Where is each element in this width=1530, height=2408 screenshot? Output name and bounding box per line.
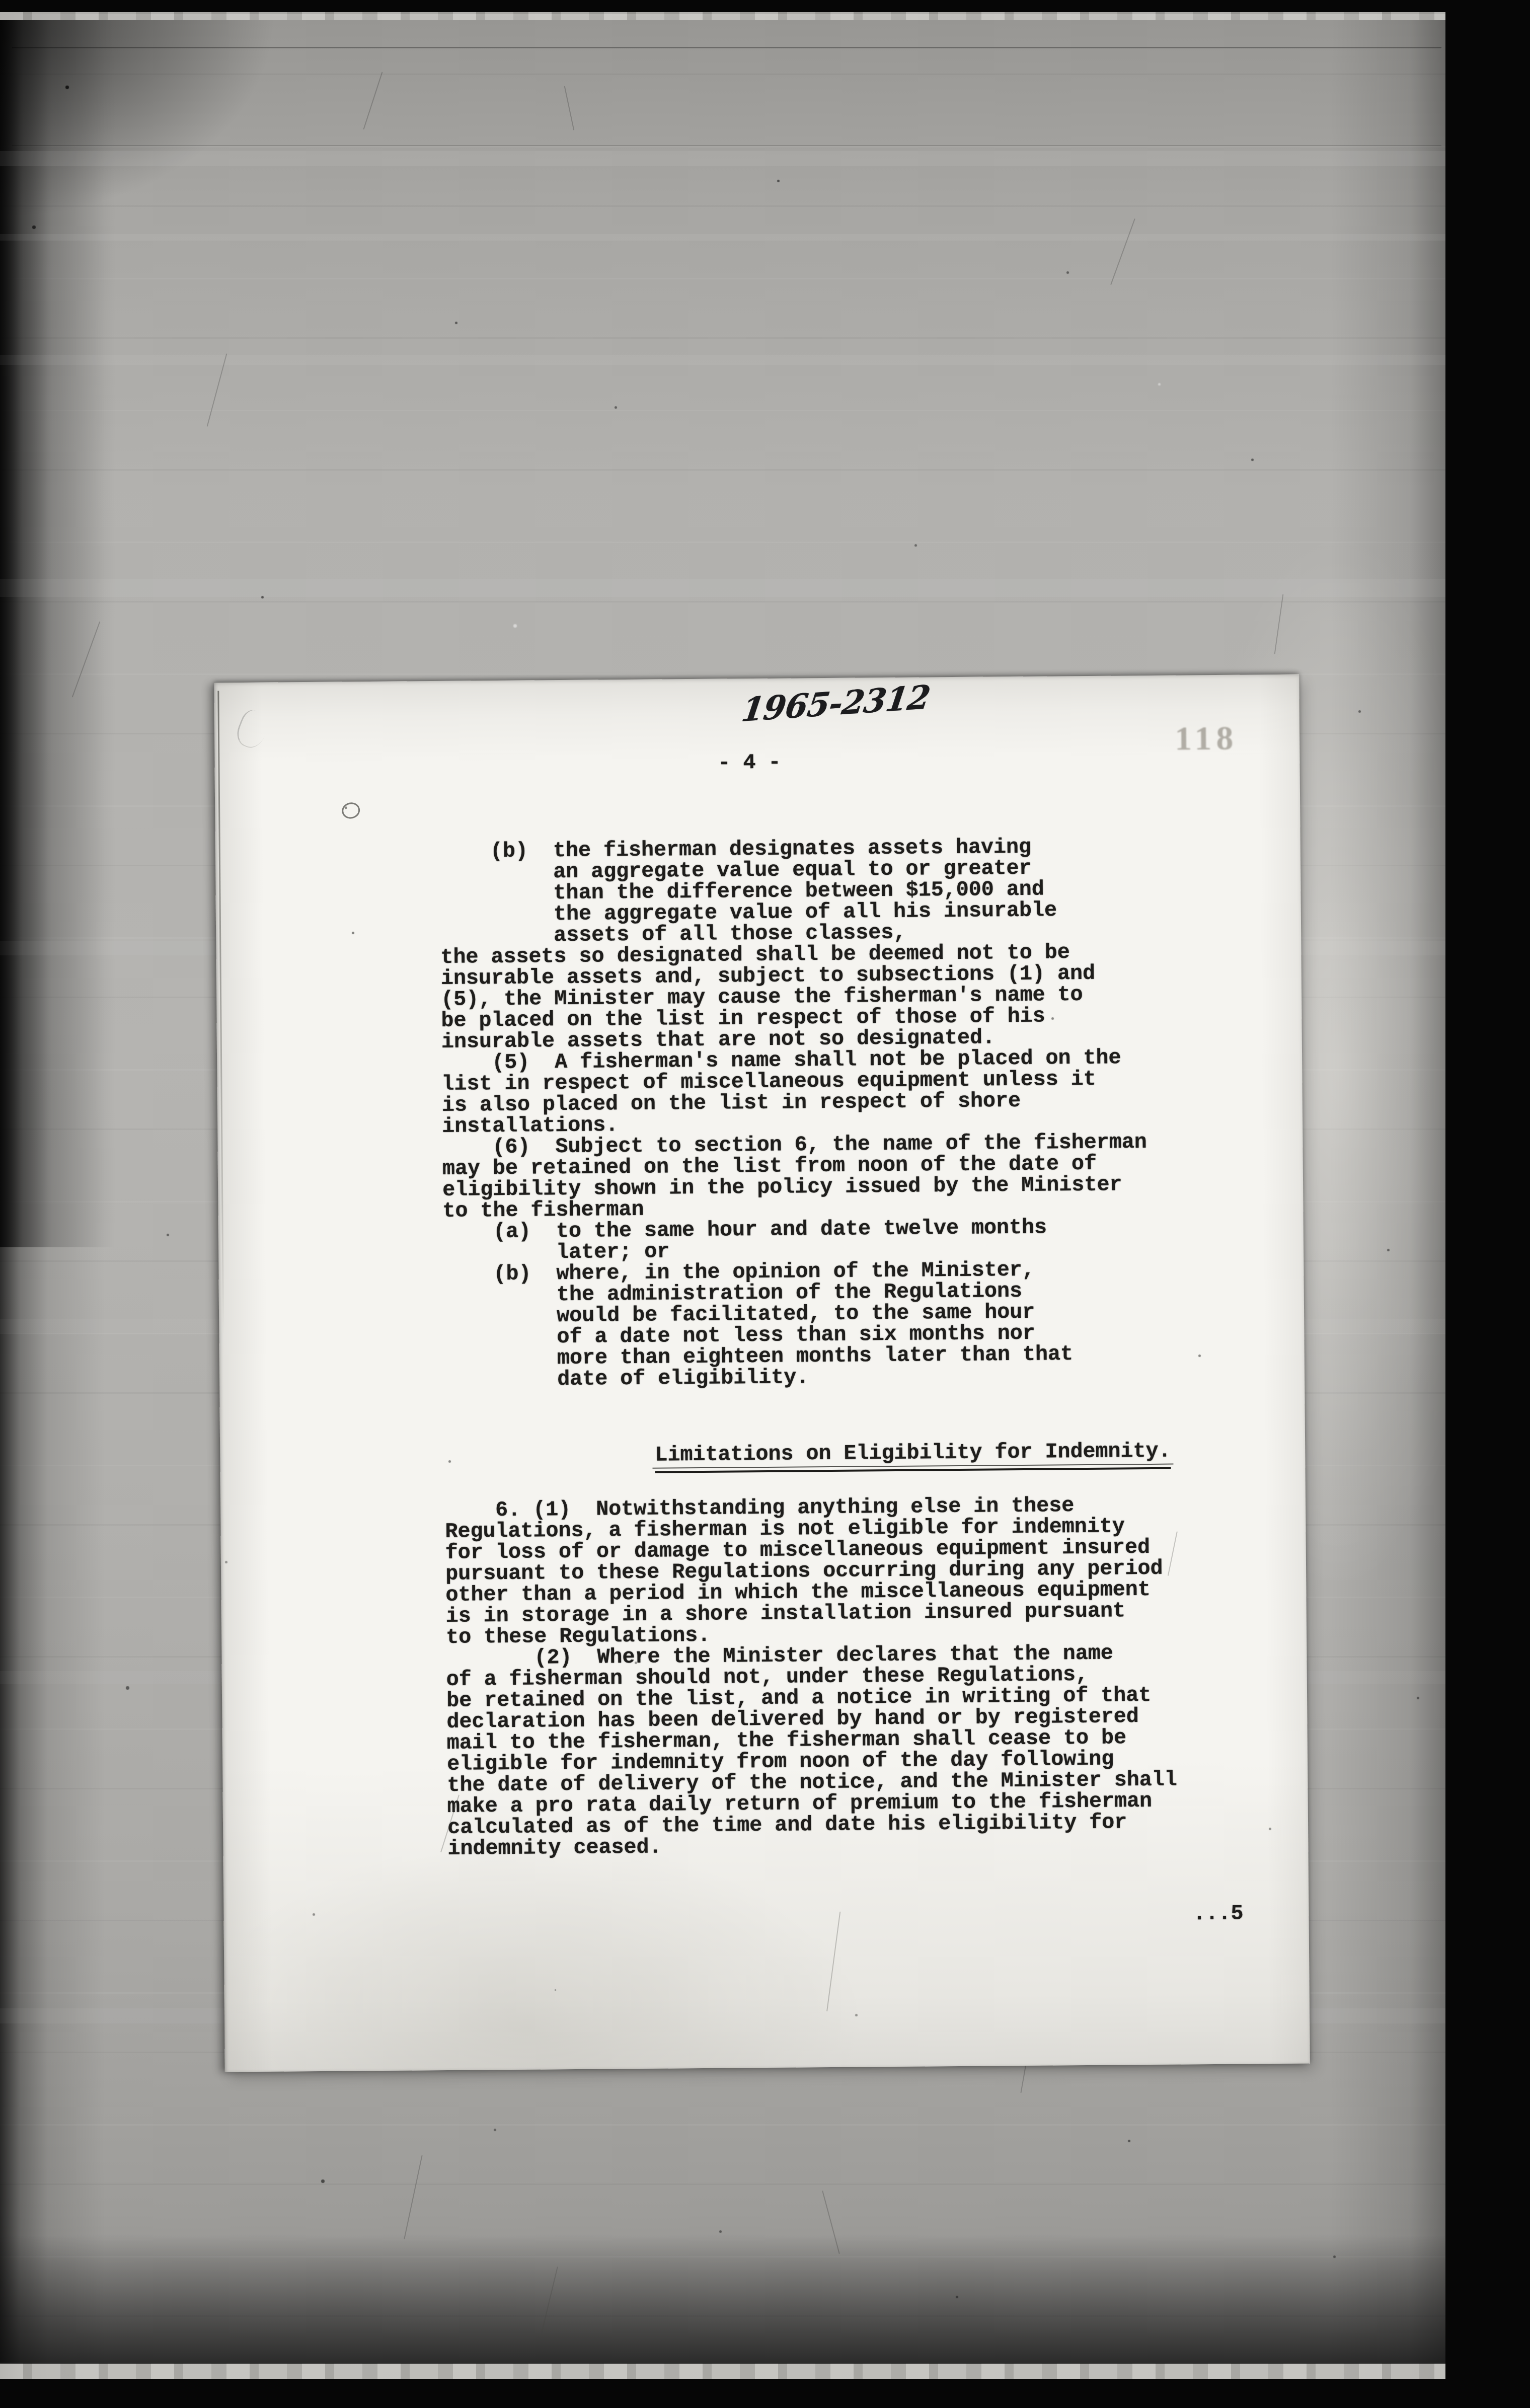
film-bottom-edge — [0, 2363, 1445, 2379]
paper-crease — [217, 691, 224, 1335]
film-scanline — [12, 145, 1441, 146]
section-heading: Limitations on Eligibility for Indemnity… — [579, 1419, 1171, 1495]
film-streak — [0, 234, 1445, 241]
pencil-smudge — [233, 707, 272, 751]
dust-speckles — [0, 0, 2, 2]
document-page: 1965-2312 118 - 4 - (b) the fisherman de… — [214, 674, 1310, 2072]
typed-paragraph-lower: 6. (1) Notwithstanding anything else in … — [445, 1494, 1178, 1859]
typed-line: eligibility shown in the policy issued b… — [442, 1174, 1147, 1200]
typed-line: is in storage in a shore installation in… — [446, 1600, 1176, 1627]
typed-line: (a) to the same hour and date twelve mon… — [443, 1216, 1148, 1243]
film-streak — [0, 151, 1445, 166]
microfilm-scan-frame: 1965-2312 118 - 4 - (b) the fisherman de… — [0, 0, 1530, 2408]
film-scanline — [12, 47, 1441, 48]
typed-line: date of eligibility. — [444, 1364, 1149, 1391]
scratch-mark — [826, 1912, 840, 2012]
typed-line: calculated as of the time and date his e… — [447, 1812, 1178, 1838]
folio-stamp: 118 — [1175, 718, 1238, 759]
section-heading-text: Limitations on Eligibility for Indemnity… — [655, 1441, 1171, 1473]
page-number: - 4 - — [718, 752, 781, 774]
film-bottom-fade — [0, 2235, 1445, 2364]
circle-annotation-icon — [340, 801, 361, 820]
typed-paragraph-upper: (b) the fisherman designates assets havi… — [440, 836, 1149, 1391]
film-top-edge — [0, 12, 1445, 20]
film-streak — [0, 579, 1445, 597]
continuation-mark: ...5 — [1193, 1903, 1243, 1925]
handwritten-catalog-note: 1965-2312 — [739, 678, 933, 729]
film-left-vignette — [0, 14, 116, 1247]
film-streak — [0, 355, 1445, 365]
